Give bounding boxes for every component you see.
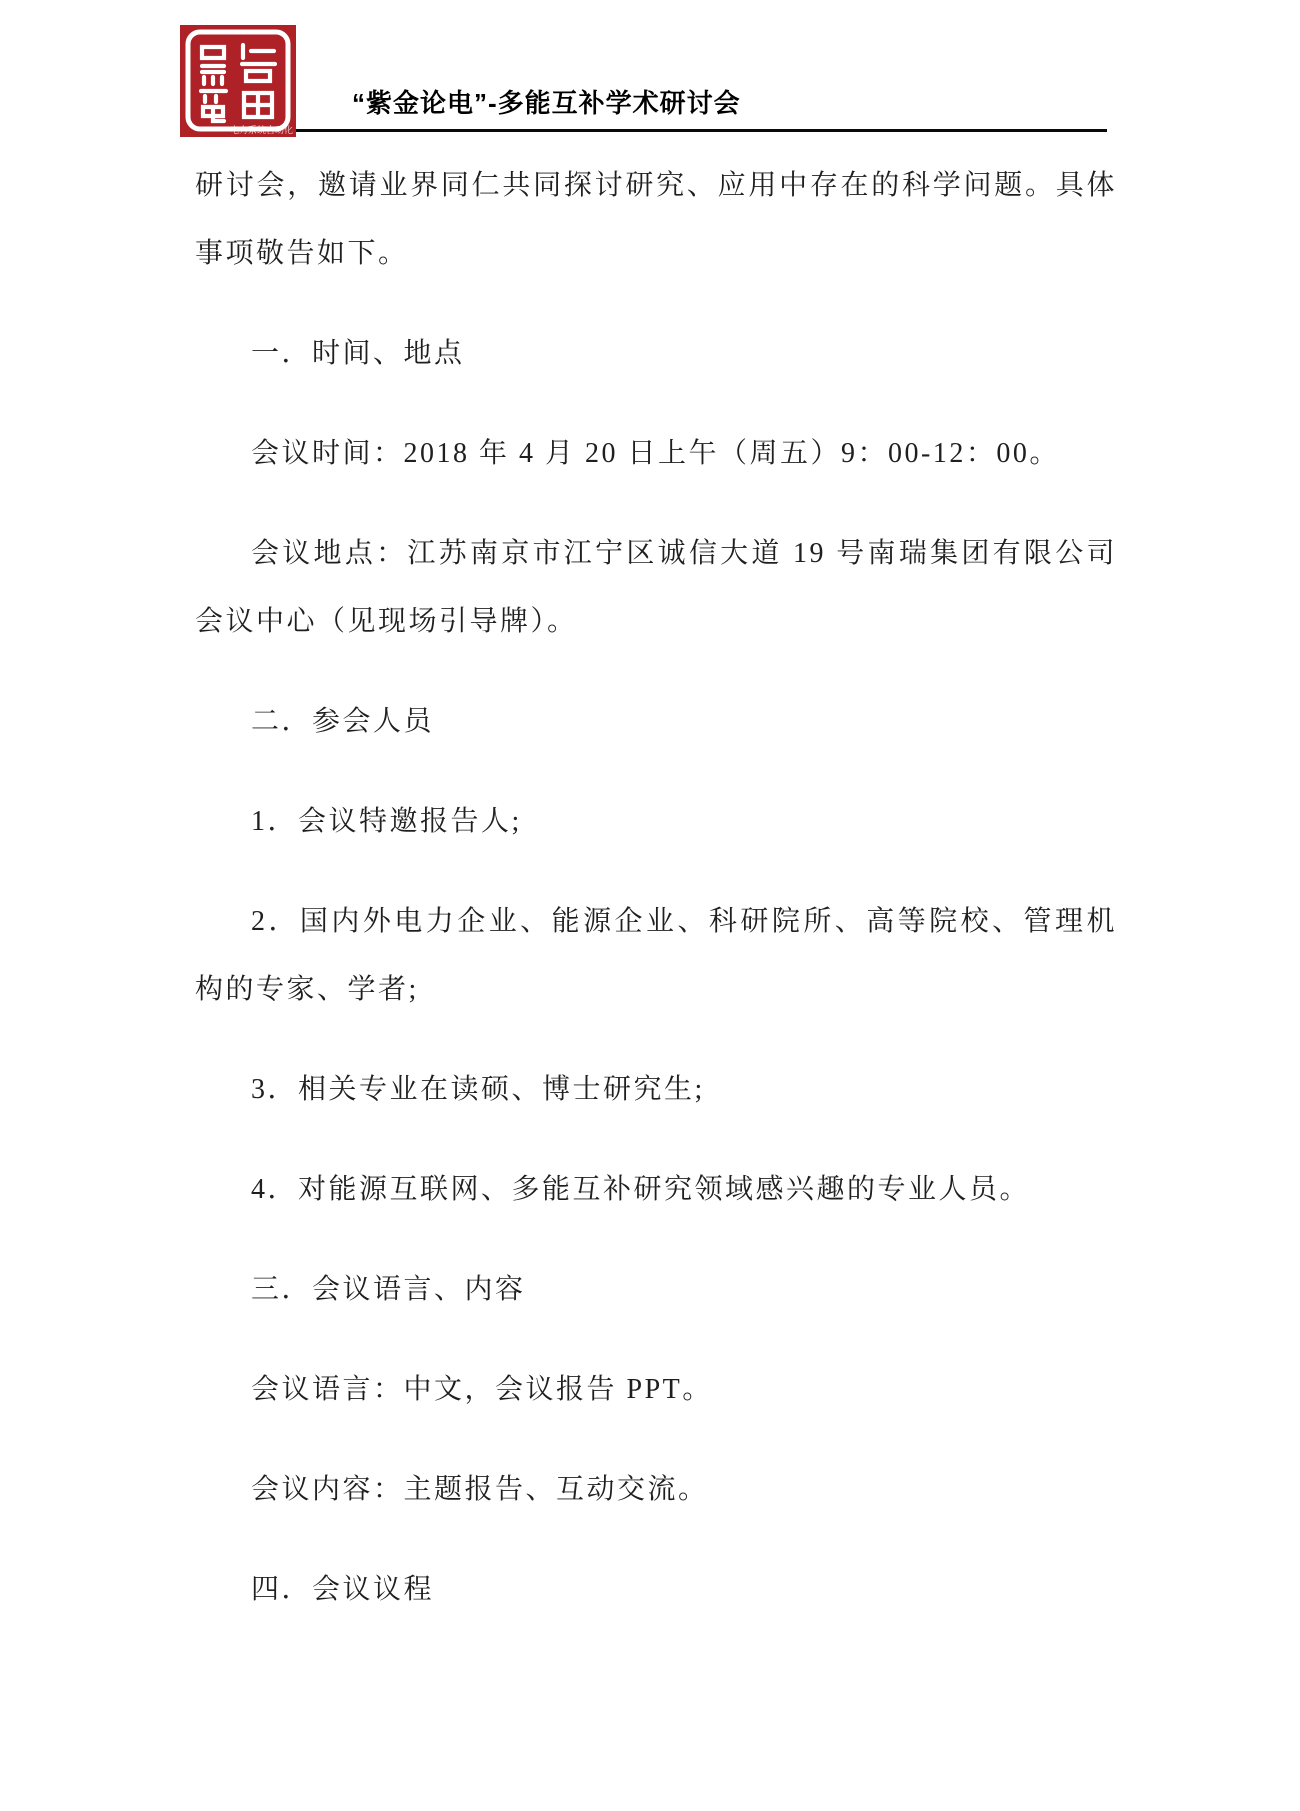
doc-list-item: 4．对能源互联网、多能互补研究领域感兴趣的专业人员。: [195, 1156, 1117, 1224]
document-page: 电力系统自动化 “紫金论电”-多能互补学术研讨会 研讨会，邀请业界同仁共同探讨研…: [0, 0, 1300, 1811]
doc-paragraph: 会议时间：2018 年 4 月 20 日上午（周五）9：00-12：00。: [195, 420, 1117, 488]
doc-heading: 二．参会人员: [195, 688, 1117, 756]
seal-logo: 电力系统自动化: [180, 25, 296, 137]
document-body: 研讨会，邀请业界同仁共同探讨研究、应用中存在的科学问题。具体事项敬告如下。一．时…: [0, 0, 1300, 1656]
doc-paragraph: 会议地点：江苏南京市江宁区诚信大道 19 号南瑞集团有限公司会议中心（见现场引导…: [195, 520, 1117, 656]
doc-paragraph: 会议内容：主题报告、互动交流。: [195, 1456, 1117, 1524]
doc-paragraph: 研讨会，邀请业界同仁共同探讨研究、应用中存在的科学问题。具体事项敬告如下。: [195, 152, 1117, 288]
doc-list-item: 2．国内外电力企业、能源企业、科研院所、高等院校、管理机构的专家、学者;: [195, 888, 1117, 1024]
header-divider: [293, 129, 1107, 132]
doc-paragraph: 会议语言：中文，会议报告 PPT。: [195, 1356, 1117, 1424]
doc-heading: 四．会议议程: [195, 1556, 1117, 1624]
doc-heading: 三．会议语言、内容: [195, 1256, 1117, 1324]
seal-caption: 电力系统自动化: [230, 126, 293, 135]
doc-list-item: 3．相关专业在读硕、博士研究生;: [195, 1056, 1117, 1124]
doc-list-item: 1．会议特邀报告人;: [195, 788, 1117, 856]
doc-heading: 一．时间、地点: [195, 320, 1117, 388]
red-seal-stamp-icon: [180, 25, 296, 137]
